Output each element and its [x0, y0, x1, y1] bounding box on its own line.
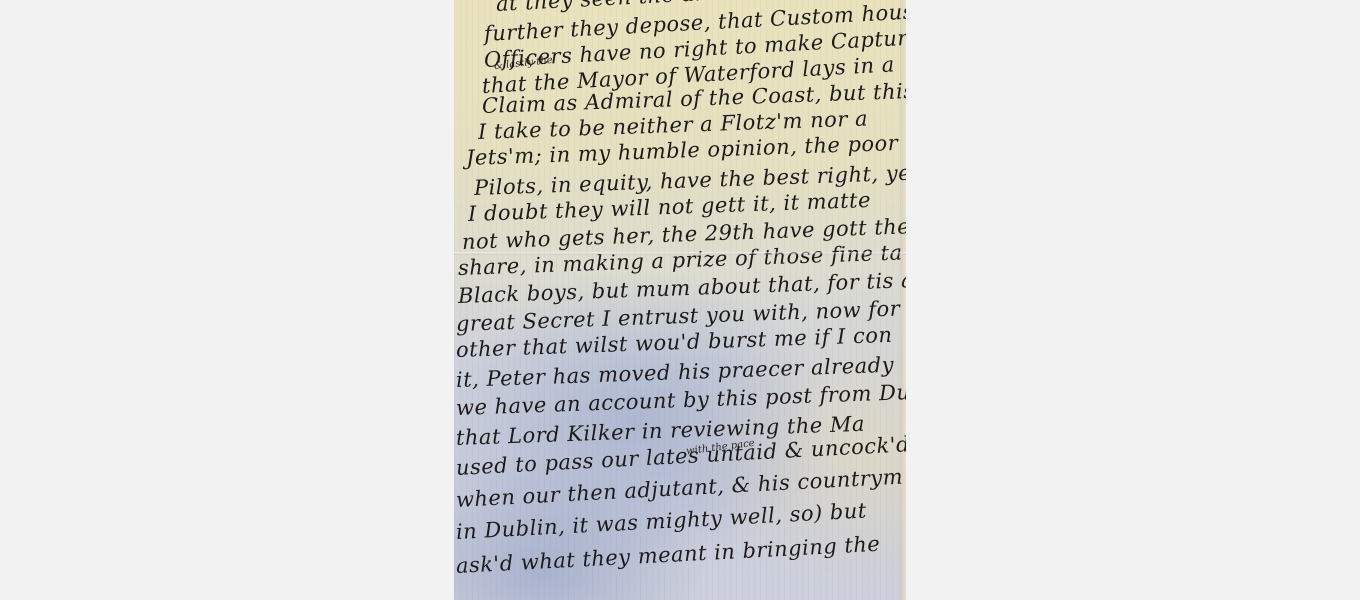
manuscript-page: & lastly the with the pace at they seen … [454, 0, 906, 600]
viewer-stage: & lastly the with the pace at they seen … [0, 0, 1360, 600]
